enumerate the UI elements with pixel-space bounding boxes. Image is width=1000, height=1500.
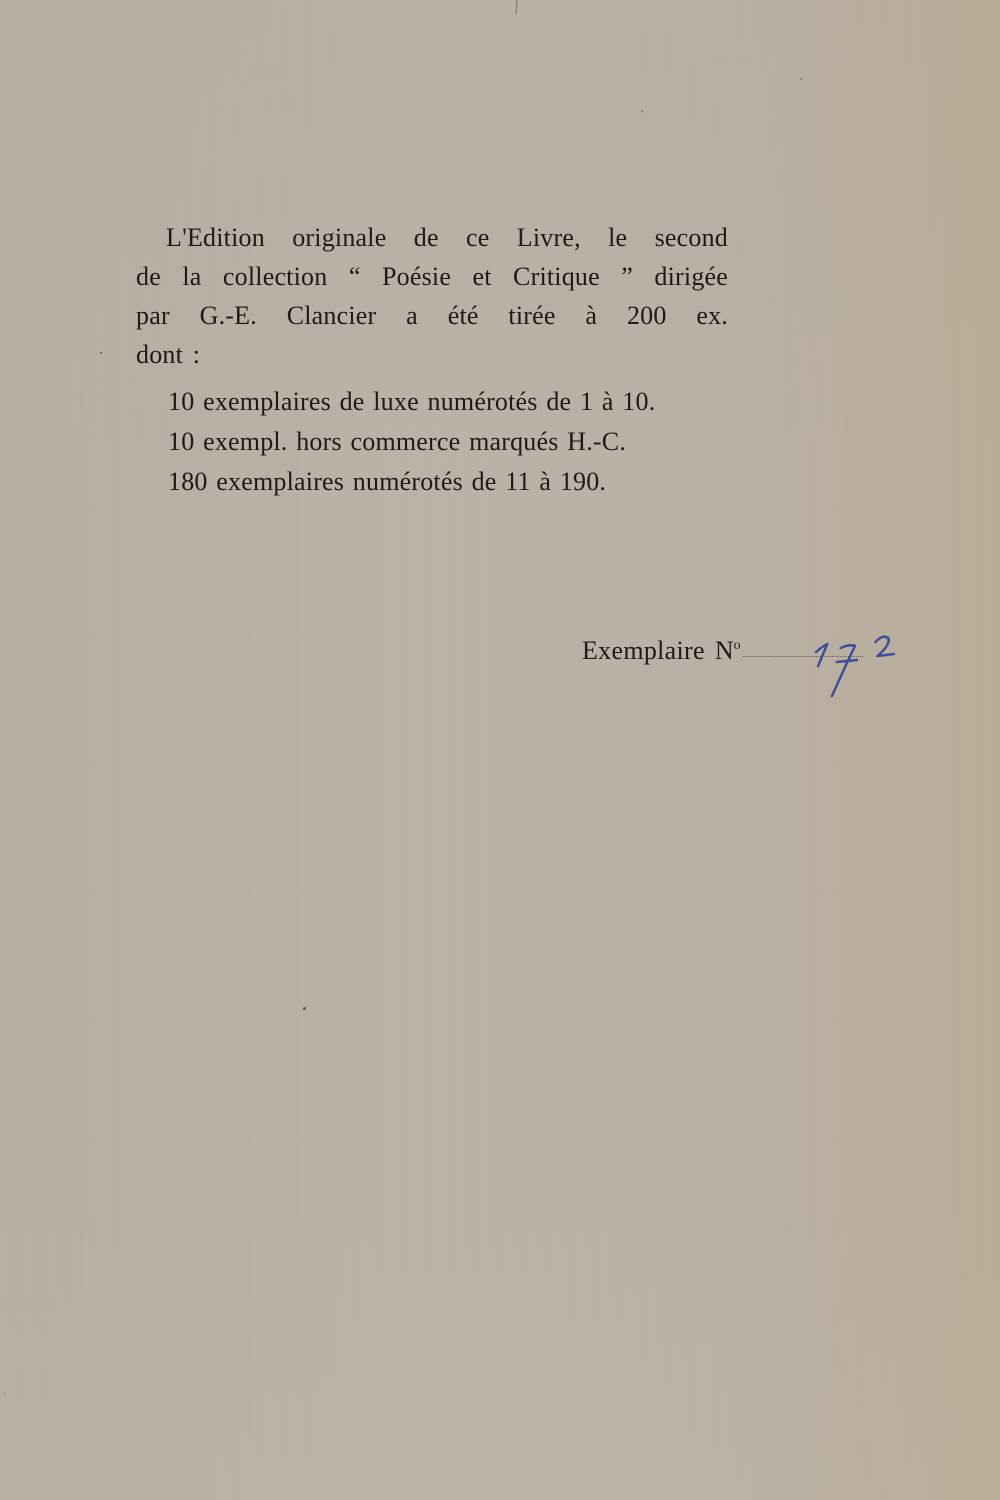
paragraph-line: L'Edition originale de ce Livre, le seco… [136,218,728,257]
handwritten-copy-number: 172 [801,632,903,702]
page-crease-mark [516,0,518,14]
print-run-item-numbered: 180 exemplaires numérotés de 11 à 190. [168,462,728,502]
paragraph-line: de la collection “ Poésie et Critique ” … [136,257,728,296]
paper-speck [641,110,643,113]
number-symbol: No [715,636,741,666]
handwritten-number-strokes [801,632,903,702]
paper-speck [303,1007,306,1010]
paper-speck [100,352,102,354]
print-run-item-luxe: 10 exemplaires de luxe numérotés de 1 à … [168,382,728,422]
edition-paragraph: L'Edition originale de ce Livre, le seco… [136,218,728,374]
number-symbol-letter: N [715,636,734,665]
print-run-list: 10 exemplaires de luxe numérotés de 1 à … [136,382,728,502]
colophon-text: L'Edition originale de ce Livre, le seco… [136,218,728,502]
paper-speck [4,1393,6,1395]
paragraph-line: par G.-E. Clancier a été tirée à 200 ex. [136,296,728,335]
paper-speck [800,78,802,80]
number-symbol-superscript: o [734,638,741,653]
paragraph-line: dont : [136,335,728,374]
copy-label: Exemplaire [582,636,705,666]
print-run-item-hors-commerce: 10 exempl. hors commerce marqués H.-C. [168,422,728,462]
book-page: L'Edition originale de ce Livre, le seco… [0,0,1000,1500]
